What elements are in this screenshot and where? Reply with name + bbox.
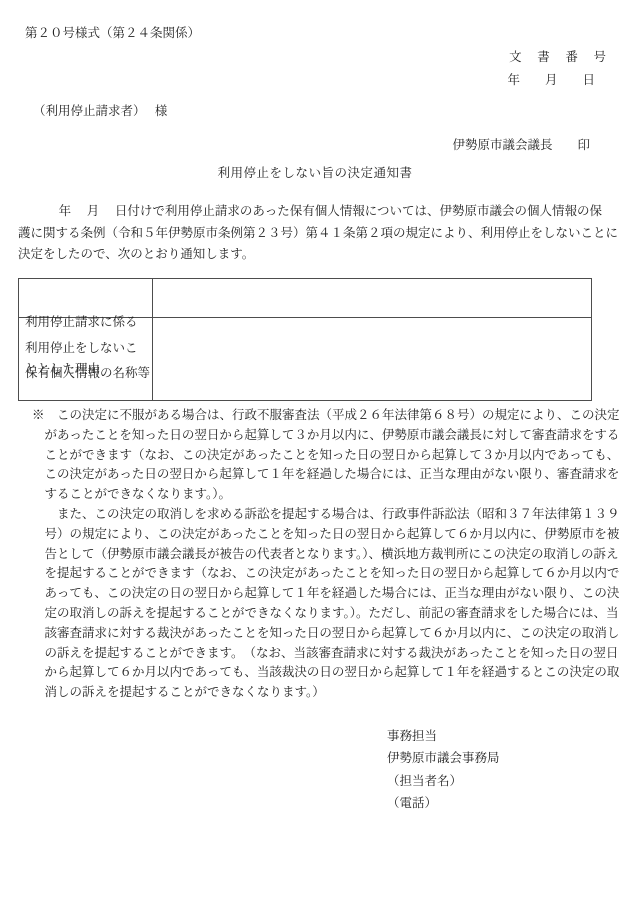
- table-value-personal-info: [153, 279, 591, 318]
- text-line: あっても、この決定の日の翌日から起算して１年を経過した場合には、正当な理由がない…: [32, 584, 617, 604]
- text-line: ことができます（なお、この決定があったことを知った日の翌日から起算して３か月以内…: [32, 446, 617, 466]
- text-line: 年 月 日付けで利用停止請求のあった保有個人情報については、伊勢原市議会の個人情…: [18, 201, 614, 223]
- text-line: 決定をしたので、次のとおり通知します。: [18, 244, 614, 266]
- text-line: から起算して６か月以内であっても、当該裁決の日の翌日から起算して１年を経過すると…: [32, 663, 617, 683]
- text-line: 護に関する条例（令和５年伊勢原市条例第２３号）第４１条第２項の規定により、利用停…: [18, 223, 614, 245]
- text-line: （担当者名）: [387, 770, 500, 792]
- table-label-reason: 利用停止をしないこ ととした理由: [19, 318, 153, 400]
- text-line: することができなくなります。）。: [32, 485, 617, 505]
- document-number-label: 文 書 番 号: [509, 50, 606, 64]
- text-line: 告として（伊勢原市議会議長が被告の代表者となります。）、横浜地方裁判所にこの決定…: [32, 545, 617, 565]
- text-line: 消しの訴えを提起することができなくなります。）: [32, 683, 617, 703]
- document-title: 利用停止をしない旨の決定通知書: [0, 166, 630, 180]
- form-number: 第２０号様式（第２４条関係）: [25, 26, 200, 40]
- text-line: 事務担当: [387, 725, 500, 747]
- table-value-reason: [153, 318, 591, 400]
- text-line: があったことを知った日の翌日から起算して３か月以内に、伊勢原市議会議長に対して審…: [32, 426, 617, 446]
- text-line: を提起することができます（なお、この決定があったことを知った日の翌日から起算して…: [32, 564, 617, 584]
- text-line: 号）の規定により、この決定があったことを知った日の翌日から起算して６か月以内に、…: [32, 525, 617, 545]
- sender-signature-line: 伊勢原市議会議長 印: [452, 138, 590, 152]
- text-line: ※ この決定に不服がある場合は、行政不服審査法（平成２６年法律第６８号）の規定に…: [32, 406, 617, 426]
- body-paragraph: 年 月 日付けで利用停止請求のあった保有個人情報については、伊勢原市議会の個人情…: [18, 201, 614, 266]
- appeal-instructions-note: ※ この決定に不服がある場合は、行政不服審査法（平成２６年法律第６８号）の規定に…: [32, 406, 617, 703]
- text-line: また、この決定の取消しを求める訴訟を提起する場合は、行政事件訴訟法（昭和３７年法…: [32, 505, 617, 525]
- addressee-line: （利用停止請求者） 様: [33, 104, 167, 118]
- text-line: 該審査請求に対する裁決があったことを知った日の翌日から起算して６か月以内に、この…: [32, 624, 617, 644]
- text-line: の訴えを提起することができます。 （なお、当該審査請求に対する裁決があったことを…: [32, 644, 617, 664]
- decision-table: 利用停止請求に係る 保有個人情報の名称等 利用停止をしないこ ととした理由: [18, 278, 592, 401]
- contact-footer: 事務担当伊勢原市議会事務局（担当者名）（電話）: [387, 725, 500, 815]
- text-line: 伊勢原市議会事務局: [387, 747, 500, 769]
- document-date-line: 年 月 日: [507, 73, 595, 87]
- table-label-personal-info: 利用停止請求に係る 保有個人情報の名称等: [19, 279, 153, 318]
- text-line: （電話）: [387, 792, 500, 814]
- table-label-line: ととした理由: [25, 359, 148, 380]
- text-line: 定の取消しの訴えを提起することができなくなります。）。ただし、前記の審査請求をし…: [32, 604, 617, 624]
- text-line: この決定があった日の翌日から起算して１年を経過した場合には、正当な理由がない限り…: [32, 465, 617, 485]
- notice-document-page: 第２０号様式（第２４条関係） 文 書 番 号 年 月 日 （利用停止請求者） 様…: [0, 0, 630, 903]
- table-label-line: 利用停止をしないこ: [25, 338, 148, 359]
